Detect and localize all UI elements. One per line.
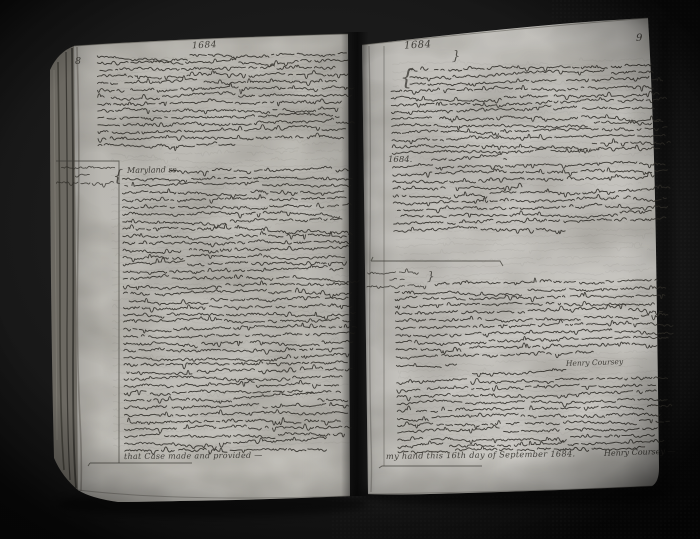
vignette — [0, 0, 700, 539]
manuscript-scan: 8 1684 { Maryland ss that Case made and … — [0, 0, 700, 539]
